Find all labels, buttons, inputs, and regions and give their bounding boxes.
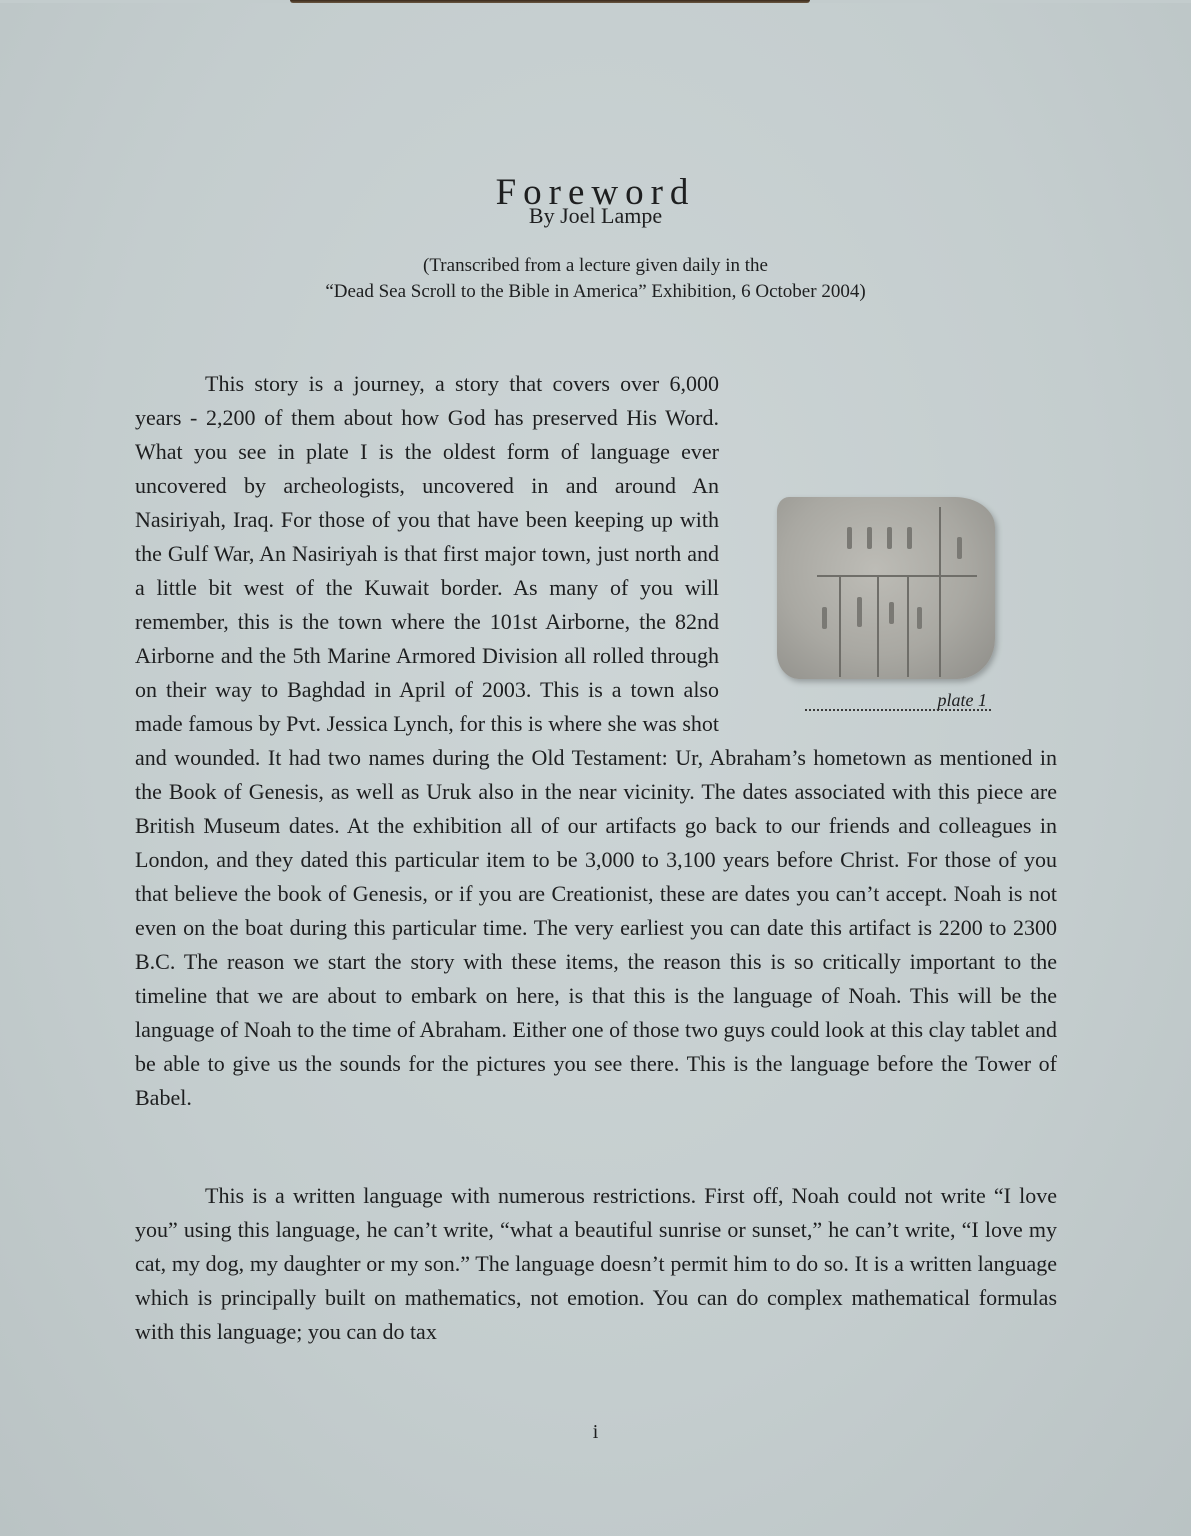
- subtitle: (Transcribed from a lecture given daily …: [0, 253, 1191, 305]
- subtitle-line-2: “Dead Sea Scroll to the Bible in America…: [0, 279, 1191, 305]
- page-number: i: [0, 1421, 1191, 1444]
- clay-tablet-image: [777, 497, 995, 679]
- subtitle-line-1: (Transcribed from a lecture given daily …: [0, 253, 1191, 279]
- figure-plate-1: plate 1: [757, 367, 1057, 727]
- paragraph-2: This is a written language with numerous…: [135, 1179, 1057, 1349]
- document-page: Foreword By Joel Lampe (Transcribed from…: [0, 3, 1191, 1536]
- author-byline: By Joel Lampe: [0, 203, 1191, 229]
- figure-caption: plate 1: [907, 683, 987, 717]
- caption-dotted-rule: [805, 709, 991, 711]
- show-through-text: [800, 73, 806, 99]
- paragraph-1-block: plate 1 This story is a journey, a story…: [135, 367, 1057, 1115]
